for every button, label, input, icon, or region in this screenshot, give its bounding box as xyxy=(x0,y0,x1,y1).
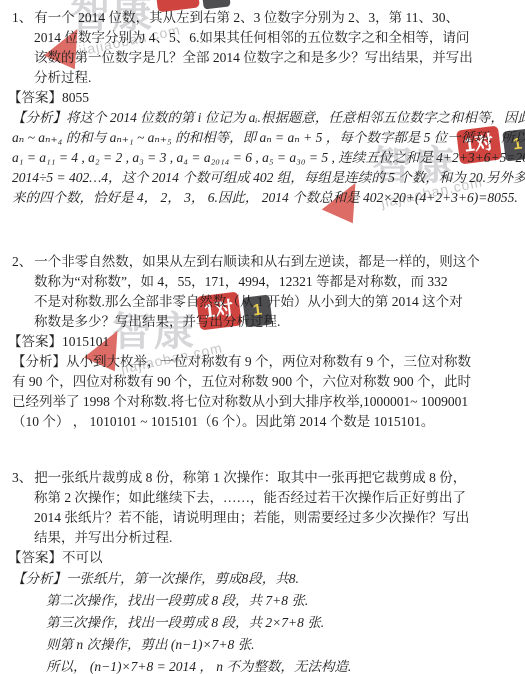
analysis-line: aₙ ~ aₙ₊₄ 的和与 aₙ₊₁ ~ aₙ₊₅ 的和相等，即 aₙ = aₙ… xyxy=(8,128,519,148)
problem-number: 3、 xyxy=(12,470,34,485)
analysis-line: 已经列举了 1998 个对称数.将七位对称数从小到大排序枚举,1000001~ … xyxy=(8,392,519,412)
analysis-line: a₁ = a₁₁ = 4 , a₂ = 2 , a₃ = 3 , a₄ = a₂… xyxy=(8,148,519,168)
question-line: 3、把一张纸片裁剪成 8 份，称第 1 次操作：取其中一张再把它裁剪成 8 份， xyxy=(8,468,519,488)
analysis-line: 【分析】将这个 2014 位数的第 i 位记为 aᵢ.根据题意，任意相邻五位数字… xyxy=(8,108,519,128)
answer-label: 【答案】 xyxy=(8,334,62,349)
problem-2: 2、一个非零自然数，如果从左到右顺读和从右到左逆读，都是一样的，则这个 数称为“… xyxy=(8,252,519,432)
analysis-line: 来的四个数，恰好是 4， 2， 3， 6.因此， 2014 个数总和是 402×… xyxy=(8,188,519,208)
question-text: 一个非零自然数，如果从左到右顺读和从右到左逆读，都是一样的，则这个 xyxy=(34,254,480,269)
analysis-line: 【分析】从小到大枚举，一位对称数有 9 个，两位对称数有 9 个，三位对称数 xyxy=(8,352,519,372)
problem-number: 2、 xyxy=(12,254,34,269)
question-line: 分析过程. xyxy=(8,68,519,88)
answer-line: 【答案】不可以 xyxy=(8,548,519,568)
question-line: 称第 2 次操作；如此继续下去，……，能否经过若干次操作后正好剪出了 xyxy=(8,488,519,508)
question-line: 2014 张纸片？若不能，请说明理由；若能，则需要经过多少次操作？写出 xyxy=(8,508,519,528)
analysis-block: 【分析】将这个 2014 位数的第 i 位记为 aᵢ.根据题意，任意相邻五位数字… xyxy=(8,108,519,208)
analysis-line: 则第 n 次操作，剪出 (n−1)×7+8 张. xyxy=(8,634,519,656)
answer-label: 【答案】 xyxy=(8,550,62,565)
question-text: 把一张纸片裁剪成 8 份，称第 1 次操作：取其中一张再把它裁剪成 8 份， xyxy=(34,470,466,485)
question-line: 1、有一个 2014 位数，其从左到右第 2、3 位数字分别为 2、3，第 11… xyxy=(8,8,519,28)
analysis-line: 第三次操作，找出一段剪成 8 段，共 2×7+8 张. xyxy=(8,612,519,634)
analysis-line: 有 90 个，四位对称数有 90 个，五位对称数 900 个，六位对称数 900… xyxy=(8,372,519,392)
answer-line: 【答案】8055 xyxy=(8,88,519,108)
question-line: 2014 位数字分别为 4、5、6.如果其任何相邻的五位数字之和全相等，请问 xyxy=(8,28,519,48)
question-line: 不是对称数.那么全部非零自然数（从 1 开始）从小到大的第 2014 这个对 xyxy=(8,292,519,312)
worksheet-page: 智康 1对 1 jiajiaoban.com 智康 1对 1 jiajiaoba… xyxy=(0,0,525,674)
answer-value: 8055 xyxy=(62,90,89,105)
question-line: 2、一个非零自然数，如果从左到右顺读和从右到左逆读，都是一样的，则这个 xyxy=(8,252,519,272)
problem-1: 1、有一个 2014 位数，其从左到右第 2、3 位数字分别为 2、3，第 11… xyxy=(8,8,519,208)
analysis-line: （10 个） ， 1010101 ~ 1015101（6 个）。因此第 2014… xyxy=(8,412,519,432)
analysis-line: 第二次操作，找出一段剪成 8 段，共 7+8 张. xyxy=(8,590,519,612)
answer-value: 不可以 xyxy=(62,550,103,565)
analysis-line: 所以， (n−1)×7+8 = 2014 ， n 不为整数，无法构造. xyxy=(8,656,519,674)
question-line: 结果，并写出分析过程. xyxy=(8,528,519,548)
answer-value: 1015101 xyxy=(62,334,109,349)
analysis-block: 【分析】一张纸片，第一次操作，剪成8段，共8. 第二次操作，找出一段剪成 8 段… xyxy=(8,568,519,674)
question-line: 数称为“对称数”，如 4，55，171，4994，12321 等都是对称数，而 … xyxy=(8,272,519,292)
analysis-block: 【分析】从小到大枚举，一位对称数有 9 个，两位对称数有 9 个，三位对称数 有… xyxy=(8,352,519,432)
question-line: 该数的第一位数字是几？全部 2014 位数字之和是多少？写出结果，并写出 xyxy=(8,48,519,68)
question-text: 有一个 2014 位数，其从左到右第 2、3 位数字分别为 2、3，第 11、3… xyxy=(34,10,459,25)
document-content: 1、有一个 2014 位数，其从左到右第 2、3 位数字分别为 2、3，第 11… xyxy=(0,0,525,674)
problem-number: 1、 xyxy=(12,10,34,25)
answer-label: 【答案】 xyxy=(8,90,62,105)
problem-3: 3、把一张纸片裁剪成 8 份，称第 1 次操作：取其中一张再把它裁剪成 8 份，… xyxy=(8,468,519,674)
analysis-line: 【分析】一张纸片，第一次操作，剪成8段，共8. xyxy=(8,568,519,590)
analysis-line: 2014÷5 = 402…4，这个 2014 个数可组成 402 组，每组是连续… xyxy=(8,168,519,188)
answer-line: 【答案】1015101 xyxy=(8,332,519,352)
question-line: 称数是多少？写出结果，并写出分析过程. xyxy=(8,312,519,332)
